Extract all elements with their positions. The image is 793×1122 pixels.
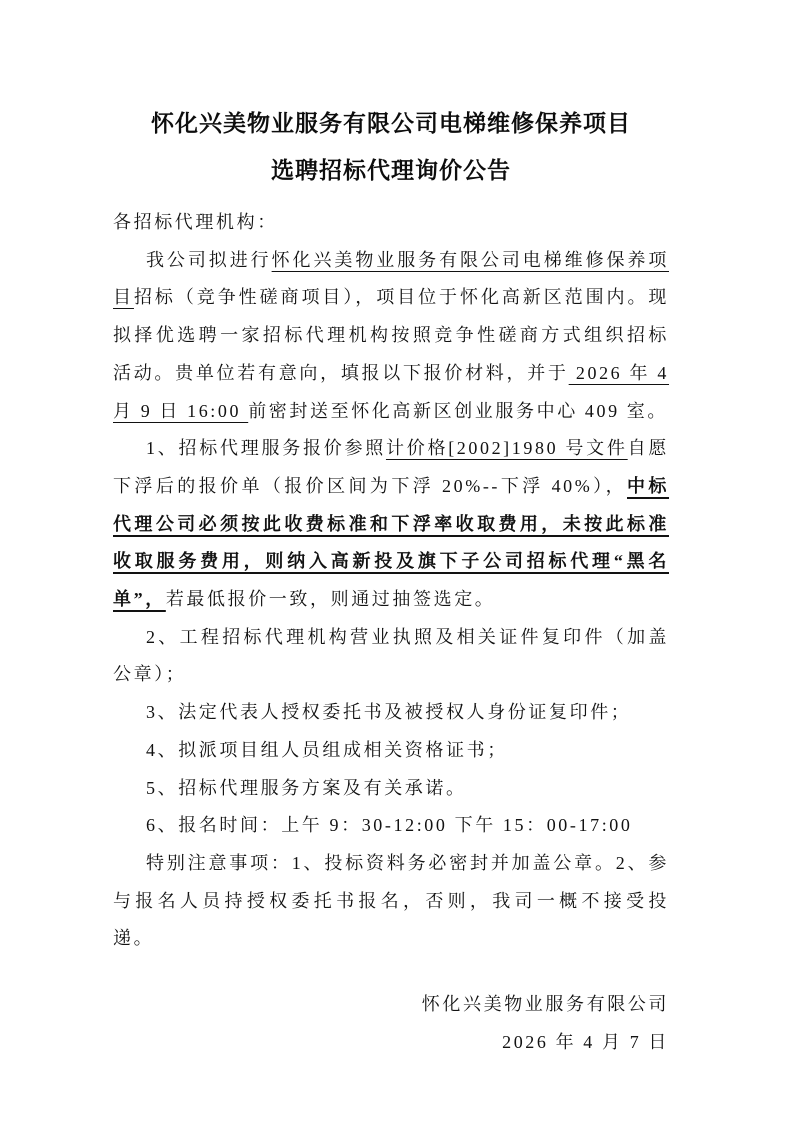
paragraph: 2、工程招标代理机构营业执照及相关证件复印件（加盖公章）； — [113, 619, 669, 694]
document-title-line-1: 怀化兴美物业服务有限公司电梯维修保养项目 — [113, 100, 669, 147]
paragraph: 4、拟派项目组人员组成相关资格证书； — [113, 732, 669, 770]
text-segment: 2、工程招标代理机构营业执照及相关证件复印件（加盖公章）； — [113, 627, 669, 685]
text-segment: 6、报名时间：上午 9：30-12:00 下午 15：00-17:00 — [146, 815, 633, 835]
text-segment: 特别注意事项：1、投标资料务必密封并加盖公章。2、参与报名人员持授权委托书报名，… — [113, 853, 669, 948]
signature-block: 怀化兴美物业服务有限公司 2026 年 4 月 7 日 — [113, 986, 669, 1061]
text-segment: 5、招标代理服务方案及有关承诺。 — [146, 778, 467, 798]
text-segment: 3、法定代表人授权委托书及被授权人身份证复印件； — [146, 702, 631, 722]
text-segment: 4、拟派项目组人员组成相关资格证书； — [146, 740, 508, 760]
paragraph: 1、招标代理服务报价参照计价格[2002]1980 号文件自愿下浮后的报价单（报… — [113, 430, 669, 619]
signature-date: 2026 年 4 月 7 日 — [113, 1024, 669, 1062]
paragraph: 3、法定代表人授权委托书及被授权人身份证复印件； — [113, 694, 669, 732]
document-title-line-2: 选聘招标代理询价公告 — [113, 147, 669, 194]
document-page: 怀化兴美物业服务有限公司电梯维修保养项目 选聘招标代理询价公告 各招标代理机构：… — [0, 0, 793, 1122]
document-title: 怀化兴美物业服务有限公司电梯维修保养项目 选聘招标代理询价公告 — [113, 100, 669, 194]
text-segment: 若最低报价一致，则通过抽签选定。 — [166, 589, 496, 609]
paragraph: 6、报名时间：上午 9：30-12:00 下午 15：00-17:00 — [113, 807, 669, 845]
salutation: 各招标代理机构： — [113, 204, 669, 242]
signature-company: 怀化兴美物业服务有限公司 — [113, 986, 669, 1024]
paragraph: 特别注意事项：1、投标资料务必密封并加盖公章。2、参与报名人员持授权委托书报名，… — [113, 845, 669, 958]
text-segment: 我公司拟进行 — [146, 250, 272, 270]
text-segment: 前密封送至怀化高新区创业服务中心 409 室。 — [248, 401, 668, 421]
paragraphs: 我公司拟进行怀化兴美物业服务有限公司电梯维修保养项目招标（竞争性磋商项目），项目… — [113, 242, 669, 958]
underlined-text: 计价格[2002]1980 号文件 — [386, 438, 628, 458]
paragraph: 5、招标代理服务方案及有关承诺。 — [113, 770, 669, 808]
text-segment: 1、招标代理服务报价参照 — [146, 438, 386, 458]
paragraph: 我公司拟进行怀化兴美物业服务有限公司电梯维修保养项目招标（竞争性磋商项目），项目… — [113, 242, 669, 431]
